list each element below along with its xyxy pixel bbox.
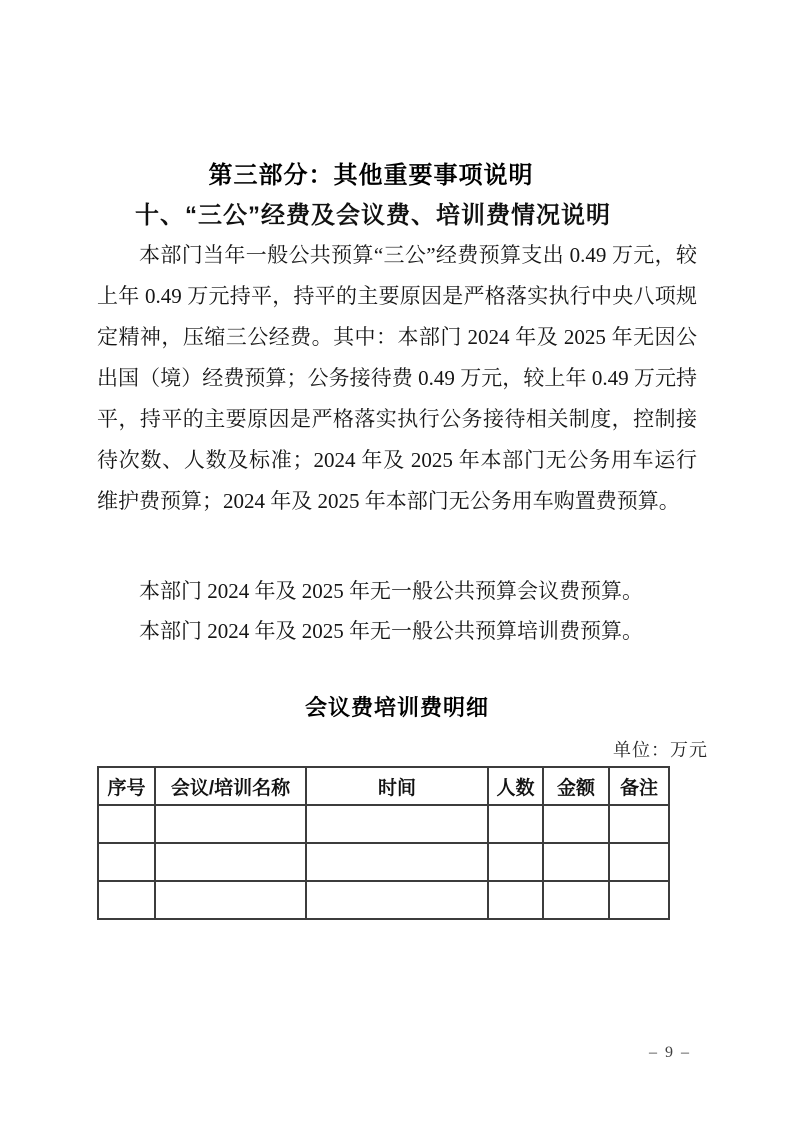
table-cell — [98, 843, 155, 881]
table-cell — [155, 843, 306, 881]
table-cell — [306, 843, 488, 881]
table-header-row: 序号 会议/培训名称 时间 人数 金额 备注 — [98, 767, 669, 805]
table-cell — [155, 805, 306, 843]
table-cell — [306, 805, 488, 843]
page-number: – 9 – — [640, 1043, 700, 1063]
table-cell — [306, 881, 488, 919]
table-title: 会议费培训费明细 — [97, 692, 697, 724]
table-cell — [543, 843, 609, 881]
header-cell-name: 会议/培训名称 — [155, 767, 306, 805]
body-paragraph-2: 本部门 2024 年及 2025 年无一般公共预算会议费预算。 — [97, 571, 697, 612]
table-row — [98, 881, 669, 919]
table-row — [98, 843, 669, 881]
header-cell-number: 序号 — [98, 767, 155, 805]
table-cell — [155, 881, 306, 919]
header-cell-time: 时间 — [306, 767, 488, 805]
body-paragraph-1: 本部门当年一般公共预算“三公”经费预算支出 0.49 万元，较上年 0.49 万… — [97, 235, 697, 522]
table-cell — [609, 881, 669, 919]
unit-label: 单位：万元 — [97, 738, 708, 762]
table-cell — [488, 843, 543, 881]
section-title: 第三部分：其他重要事项说明 — [97, 160, 697, 192]
table-cell — [543, 881, 609, 919]
table-cell — [609, 805, 669, 843]
table-cell — [543, 805, 609, 843]
header-cell-amount: 金额 — [543, 767, 609, 805]
header-cell-count: 人数 — [488, 767, 543, 805]
table-row — [98, 805, 669, 843]
meeting-training-detail-table: 序号 会议/培训名称 时间 人数 金额 备注 — [97, 766, 670, 920]
table-cell — [98, 805, 155, 843]
table-cell — [98, 881, 155, 919]
subsection-title: 十、“三公”经费及会议费、培训费情况说明 — [135, 200, 611, 232]
table-cell — [609, 843, 669, 881]
table-cell — [488, 805, 543, 843]
table-cell — [488, 881, 543, 919]
document-page: 第三部分：其他重要事项说明 十、“三公”经费及会议费、培训费情况说明 本部门当年… — [0, 0, 793, 1122]
body-paragraph-3: 本部门 2024 年及 2025 年无一般公共预算培训费预算。 — [97, 611, 697, 652]
header-cell-remarks: 备注 — [609, 767, 669, 805]
